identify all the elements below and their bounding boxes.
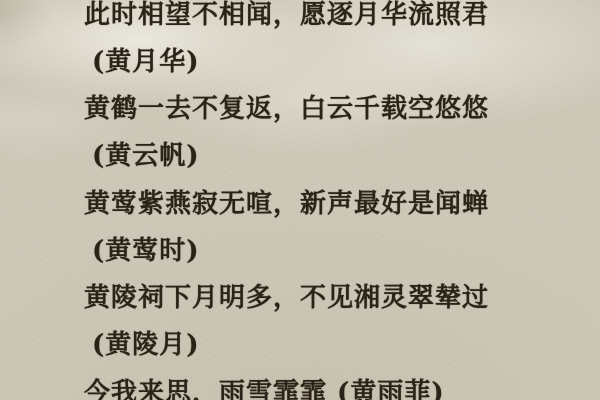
poem-verse-5-clipped: 今我来思，雨雪霏霏 (黄雨菲) [84, 378, 445, 400]
poem-verse-3: 黄莺紫燕寂无喧，新声最好是闻蝉 [84, 189, 489, 219]
name-candidate-2: (黄云帆) [92, 141, 200, 171]
name-candidate-1: (黄月华) [92, 47, 200, 77]
parchment-page: 此时相望不相闻，愿逐月华流照君 (黄月华) 黄鹤一去不复返，白云千载空悠悠 (黄… [0, 0, 600, 400]
poem-verse-2: 黄鹤一去不复返，白云千载空悠悠 [84, 94, 489, 124]
name-candidate-3: (黄莺时) [92, 236, 200, 266]
name-candidate-4: (黄陵月) [92, 330, 200, 360]
poem-verse-1: 此时相望不相闻，愿逐月华流照君 [84, 0, 489, 30]
poem-verse-4: 黄陵祠下月明多，不见湘灵翠辇过 [84, 283, 489, 313]
